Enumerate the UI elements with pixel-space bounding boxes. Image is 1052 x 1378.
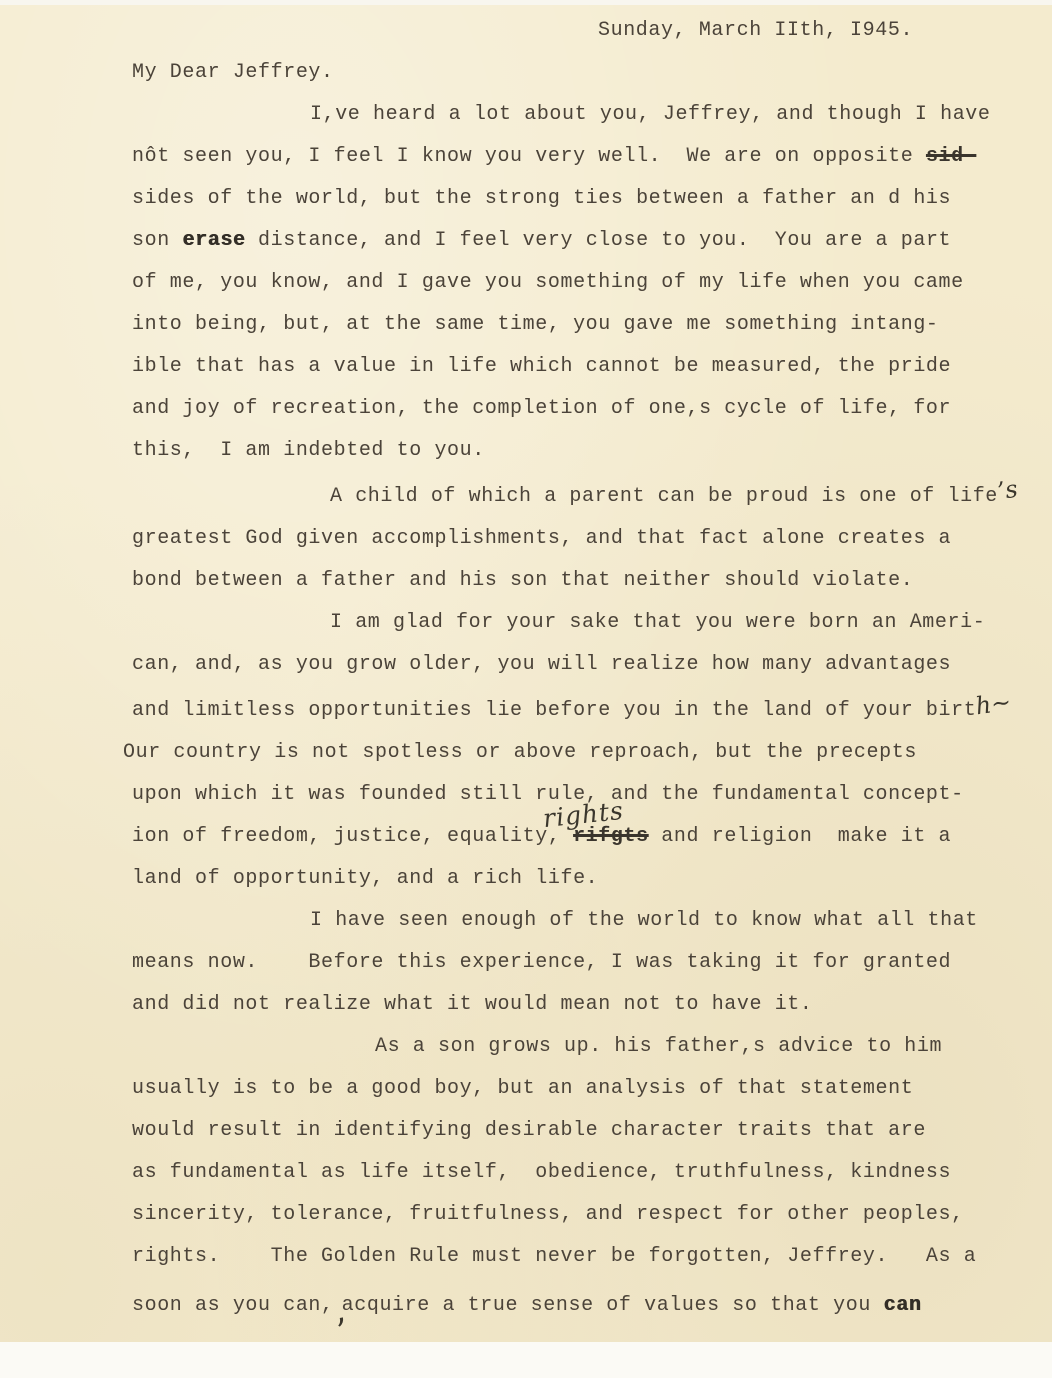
letter-line: as fundamental as life itself, obedience… (132, 1152, 1012, 1194)
letter-lines: I,ve heard a lot about you, Jeffrey, and… (132, 94, 1012, 1327)
typewritten-text: can, and, as you grow older, you will re… (132, 653, 951, 676)
typewritten-text: usually is to be a good boy, but an anal… (132, 1077, 913, 1100)
typewritten-text: rights. The Golden Rule must never be fo… (132, 1245, 976, 1268)
handwritten-correction: rights (541, 790, 626, 840)
typewritten-text: acquire a true sense of values so that y… (342, 1294, 884, 1317)
typewritten-text: A child of which a parent can be proud i… (330, 485, 998, 508)
letter-line: I am glad for your sake that you were bo… (330, 602, 1012, 644)
letter-line: rights. The Golden Rule must never be fo… (132, 1236, 1012, 1278)
letter-line: sides of the world, but the strong ties … (132, 178, 1012, 220)
letter-line: of me, you know, and I gave you somethin… (132, 262, 1012, 304)
typewritten-text: and limitless opportunities lie before y… (132, 699, 976, 722)
typewritten-text: greatest God given accomplishments, and … (132, 527, 951, 550)
scanned-letter: Sunday, March IIth, I945. My Dear Jeffre… (0, 0, 1052, 1378)
typewritten-text: ible that has a value in life which cann… (132, 355, 951, 378)
letter-body: Sunday, March IIth, I945. My Dear Jeffre… (132, 10, 1012, 1327)
letter-line: land of opportunity, and a rich life. (132, 858, 1012, 900)
letter-line: I have seen enough of the world to know … (310, 900, 1012, 942)
typewritten-text: as fundamental as life itself, obedience… (132, 1161, 951, 1184)
letter-line: soon as you can,,acquire a true sense of… (132, 1278, 1012, 1327)
letter-line: means now. Before this experience, I was… (132, 942, 1012, 984)
letter-line: nôt seen you, I feel I know you very wel… (132, 136, 1012, 178)
letter-line: and joy of recreation, the completion of… (132, 388, 1012, 430)
scan-edge-bottom (0, 1342, 1052, 1378)
typewritten-text: sides of the world, but the strong ties … (132, 187, 951, 210)
typewritten-text: and did not realize what it would mean n… (132, 993, 813, 1016)
letter-line: ion of freedom, justice, equality, rifgt… (132, 816, 1012, 858)
letter-line: and did not realize what it would mean n… (132, 984, 1012, 1026)
letter-line: and limitless opportunities lie before y… (132, 686, 1012, 732)
letter-line: I,ve heard a lot about you, Jeffrey, and… (310, 94, 1012, 136)
typewritten-text: nôt seen you, I feel I know you very wel… (132, 145, 926, 168)
letter-line: As a son grows up. his father,s advice t… (375, 1026, 1012, 1068)
typewritten-text: As a son grows up. his father,s advice t… (375, 1035, 942, 1058)
date-line: Sunday, March IIth, I945. (598, 10, 1012, 52)
letter-line: sincerity, tolerance, fruitfulness, and … (132, 1194, 1012, 1236)
letter-line: into being, but, at the same time, you g… (132, 304, 1012, 346)
letter-line: Our country is not spotless or above rep… (123, 732, 1012, 774)
typewritten-text: into being, but, at the same time, you g… (132, 313, 939, 336)
letter-line: greatest God given accomplishments, and … (132, 518, 1012, 560)
typewritten-text: sid- (926, 145, 976, 168)
letter-line: bond between a father and his son that n… (132, 560, 1012, 602)
letter-line: ible that has a value in life which cann… (132, 346, 1012, 388)
typewritten-text: means now. Before this experience, I was… (132, 951, 951, 974)
letter-line: usually is to be a good boy, but an anal… (132, 1068, 1012, 1110)
scan-edge-top (0, 0, 1052, 5)
typewritten-text: land of opportunity, and a rich life. (132, 867, 598, 890)
letter-line: A child of which a parent can be proud i… (330, 472, 1012, 518)
typewritten-text: erase (182, 229, 245, 252)
typewritten-text: I have seen enough of the world to know … (310, 909, 978, 932)
letter-line: son erase distance, and I feel very clos… (132, 220, 1012, 262)
typewritten-text: would result in identifying desirable ch… (132, 1119, 926, 1142)
letter-line: would result in identifying desirable ch… (132, 1110, 1012, 1152)
typewritten-text: I am glad for your sake that you were bo… (330, 611, 985, 634)
typewritten-text: this, I am indebted to you. (132, 439, 485, 462)
handwritten-text: h~ (973, 681, 1014, 728)
letter-line: this, I am indebted to you. (132, 430, 1012, 472)
typewritten-text: ion of freedom, justice, equality, (132, 825, 573, 848)
typewritten-text: of me, you know, and I gave you somethin… (132, 271, 964, 294)
typewritten-text: I,ve heard a lot about you, Jeffrey, and… (310, 103, 991, 126)
typewritten-text: distance, and I feel very close to you. … (245, 229, 951, 252)
typewritten-text: son (132, 229, 182, 252)
typewritten-text: and joy of recreation, the completion of… (132, 397, 951, 420)
typewritten-text: Our country is not spotless or above rep… (123, 741, 917, 764)
typewritten-text: sincerity, tolerance, fruitfulness, and … (132, 1203, 964, 1226)
typewritten-text: rifgtsrights (573, 825, 649, 848)
typewritten-text: and religion make it a (649, 825, 951, 848)
typewritten-text: can (884, 1294, 922, 1317)
typewritten-text: soon as you can, (132, 1294, 334, 1317)
salutation: My Dear Jeffrey. (132, 52, 1012, 94)
typewritten-text: bond between a father and his son that n… (132, 569, 913, 592)
letter-line: can, and, as you grow older, you will re… (132, 644, 1012, 686)
